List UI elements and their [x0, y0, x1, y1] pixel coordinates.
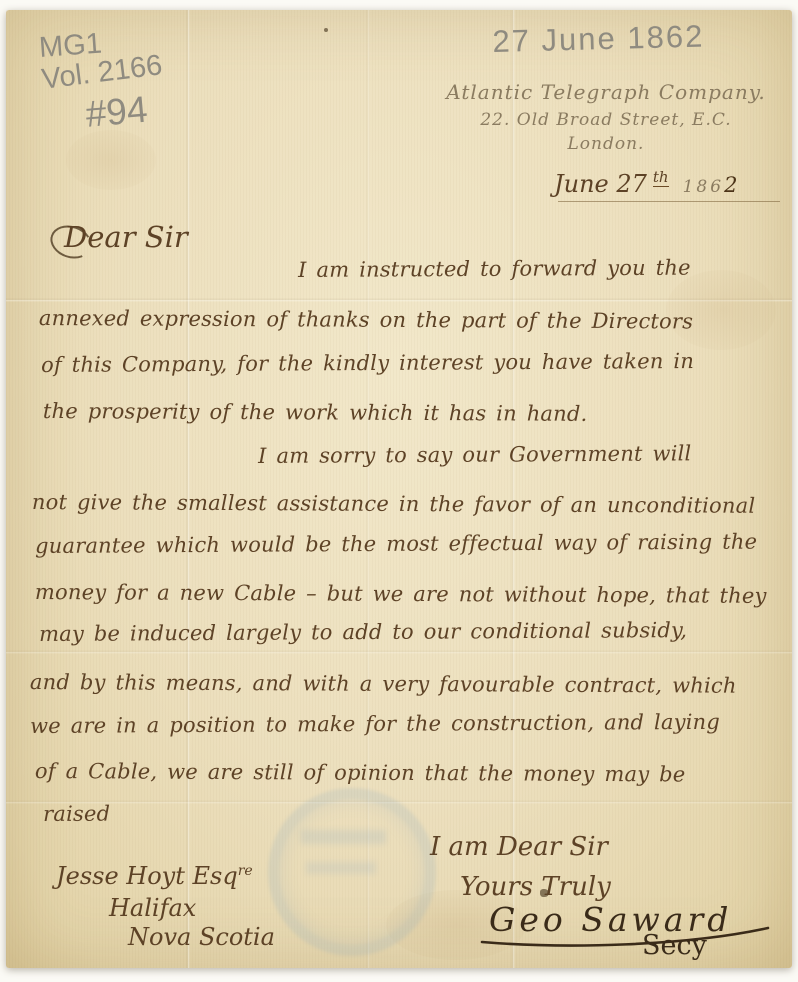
body-line: of a Cable, we are still of opinion that… [35, 759, 686, 786]
scanned-letter-page: { "scan": { "pencil_annotations": { "fon… [0, 0, 798, 982]
letterhead-street-address: 22. Old Broad Street, E.C. [434, 110, 778, 130]
body-line: money for a new Cable – but we are not w… [35, 580, 767, 608]
salutation: Dear Sir [64, 220, 188, 254]
body-line: guarantee which would be the most effect… [35, 530, 757, 558]
letter-dateline: June 27th1862 [554, 168, 737, 198]
body-line: annexed expression of thanks on the part… [39, 306, 693, 333]
signature-title-secretary: Secy [642, 930, 707, 961]
printed-date-rule [558, 201, 780, 202]
horizontal-fold-crease [6, 650, 792, 654]
body-line: of this Company, for the kindly interest… [41, 349, 694, 377]
recipient-region: Nova Scotia [128, 923, 275, 951]
letter-paper: MG1 Vol. 2166 #94 27 June 1862 Atlantic … [6, 10, 792, 968]
ink-speck [324, 28, 328, 32]
closing-line: Yours Truly [460, 872, 611, 902]
date-ordinal-superscript: th [653, 168, 669, 187]
foxing-stain [66, 130, 156, 190]
body-line: and by this means, and with a very favou… [30, 670, 737, 698]
vertical-fold-crease [186, 10, 190, 968]
recipient-name-superscript: re [238, 863, 253, 879]
signature-flourish [476, 922, 776, 950]
archival-date-note: 27 June 1862 [492, 18, 705, 60]
recipient-city: Halifax [109, 894, 196, 922]
letterhead-company-name: Atlantic Telegraph Company. [434, 80, 778, 104]
stamp-bleed-through-text [301, 830, 386, 844]
body-line: I am instructed to forward you the [298, 256, 691, 282]
body-line: we are in a position to make for the con… [30, 710, 720, 738]
handwritten-year-digit: 2 [724, 173, 737, 197]
letterhead: Atlantic Telegraph Company. 22. Old Broa… [434, 80, 778, 154]
date-day: June 27 [554, 170, 647, 198]
stamp-bleed-through-text [306, 862, 376, 874]
body-line: may be induced largely to add to our con… [39, 618, 687, 646]
recipient-name: Jesse Hoyt Esqre [56, 862, 253, 890]
body-line: I am sorry to say our Government will [258, 441, 692, 468]
body-line: raised [43, 802, 110, 826]
body-line: not give the smallest assistance in the … [32, 490, 755, 518]
body-line: the prosperity of the work which it has … [43, 399, 588, 426]
horizontal-fold-crease [6, 298, 792, 302]
recipient-name-main: Jesse Hoyt Esq [56, 862, 238, 890]
printed-year-prefix: 186 [683, 177, 724, 197]
archival-item-number: #94 [84, 89, 149, 136]
closing-line: I am Dear Sir [430, 832, 608, 862]
letterhead-city: London. [434, 134, 778, 154]
